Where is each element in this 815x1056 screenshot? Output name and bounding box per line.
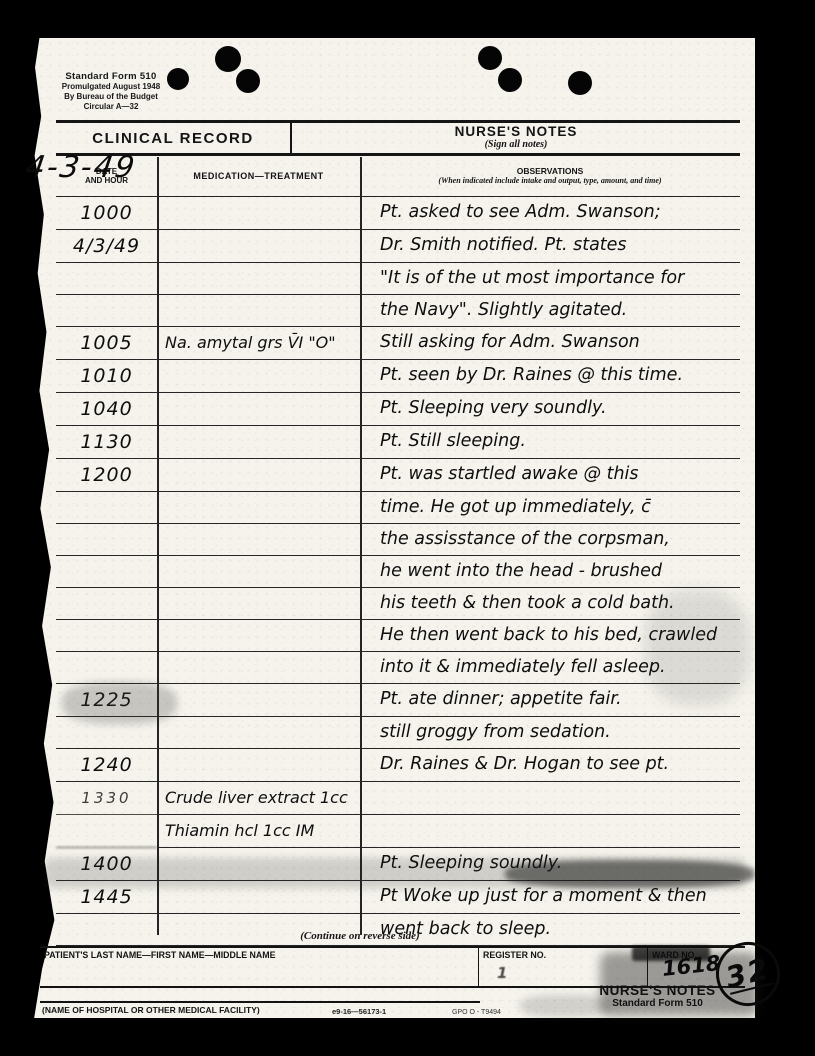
- note-time: 1010: [56, 360, 157, 393]
- note-observation: Dr. Smith notified. Pt. states: [368, 230, 740, 263]
- note-medication: [157, 749, 368, 782]
- note-observation: Pt. ate dinner; appetite fair.: [368, 684, 740, 717]
- note-time: [56, 914, 157, 946]
- note-medication: [157, 263, 368, 295]
- note-time: 4/3/49: [56, 230, 157, 263]
- form-meta-line: By Bureau of the Budget: [52, 92, 170, 102]
- note-medication: [157, 717, 368, 749]
- patient-name-field: PATIENT'S LAST NAME—FIRST NAME—MIDDLE NA…: [40, 948, 478, 986]
- note-observation: Pt. Sleeping very soundly.: [368, 393, 740, 426]
- note-time: [56, 620, 157, 652]
- note-observation: the assisstance of the corpsman,: [368, 524, 740, 556]
- note-time: 1200: [56, 459, 157, 492]
- hole-punch-mark: [236, 69, 260, 93]
- handwritten-margin-date: 4-3-49: [24, 150, 139, 185]
- note-time: [56, 717, 157, 749]
- hole-punch-mark: [167, 68, 189, 90]
- clinical-record-table: CLINICAL RECORD NURSE'S NOTES (Sign all …: [56, 120, 740, 935]
- note-time: [56, 588, 157, 620]
- print-code: e9-16—56173-1: [332, 1007, 386, 1016]
- column-divider: [157, 157, 159, 935]
- note-observation: Pt. Sleeping soundly.: [368, 848, 740, 881]
- hole-punch-mark: [498, 68, 522, 92]
- form-meta-line: Circular A—32: [52, 102, 170, 112]
- note-medication: Thiamin hcl 1cc IM: [157, 815, 368, 848]
- facility-rule-line: [40, 1001, 480, 1003]
- note-time: [56, 492, 157, 524]
- note-observation: still groggy from sedation.: [368, 717, 740, 749]
- form-meta-line: Promulgated August 1948: [52, 82, 170, 92]
- note-observation: "It is of the ut most importance for: [368, 263, 740, 295]
- note-time: 1400: [56, 848, 157, 881]
- note-time: [56, 524, 157, 556]
- note-medication: [157, 426, 368, 459]
- sign-all-notes-label: (Sign all notes): [485, 138, 548, 151]
- note-observation: Pt. asked to see Adm. Swanson;: [368, 197, 740, 230]
- note-observation: time. He got up immediately, c̄: [368, 492, 740, 524]
- hole-punch-mark: [478, 46, 502, 70]
- note-medication: [157, 295, 368, 327]
- form-meta-line: Standard Form 510: [52, 72, 170, 82]
- facility-label: (NAME OF HOSPITAL OR OTHER MEDICAL FACIL…: [42, 1005, 260, 1015]
- column-divider: [360, 157, 362, 935]
- note-medication: [157, 652, 368, 684]
- note-medication: [157, 848, 368, 881]
- note-time: 1005: [56, 327, 157, 360]
- note-medication: [157, 197, 368, 230]
- note-observation: Dr. Raines & Dr. Hogan to see pt.: [368, 749, 740, 782]
- note-medication: [157, 492, 368, 524]
- note-observation: into it & immediately fell asleep.: [368, 652, 740, 684]
- note-observation: Pt. seen by Dr. Raines @ this time.: [368, 360, 740, 393]
- note-medication: [157, 393, 368, 426]
- handwritten-ward-no: 1618: [661, 951, 722, 981]
- note-observation: [368, 815, 740, 848]
- note-observation: his teeth & then took a cold bath.: [368, 588, 740, 620]
- note-medication: Na. amytal grs V̄I "O": [157, 327, 368, 360]
- note-time: 1240: [56, 749, 157, 782]
- note-time: 1130: [56, 426, 157, 459]
- footer-table: PATIENT'S LAST NAME—FIRST NAME—MIDDLE NA…: [40, 946, 745, 988]
- note-time: [56, 815, 157, 848]
- register-no-field: REGISTER NO. 1: [478, 948, 647, 986]
- note-medication: [157, 360, 368, 393]
- note-observation: he went into the head - brushed: [368, 556, 740, 588]
- notes-rows: 1000 Pt. asked to see Adm. Swanson; 4/3/…: [56, 197, 740, 935]
- form-meta-block: Standard Form 510 Promulgated August 194…: [52, 72, 170, 112]
- handwritten-register-no: 1: [497, 964, 513, 982]
- note-medication: [157, 620, 368, 652]
- note-time: 1330: [56, 782, 157, 815]
- note-medication: [157, 684, 368, 717]
- note-time: [56, 263, 157, 295]
- title-row: CLINICAL RECORD NURSE'S NOTES (Sign all …: [56, 120, 740, 156]
- note-medication: [157, 230, 368, 263]
- hole-punch-mark: [568, 71, 592, 95]
- note-time: [56, 556, 157, 588]
- nurses-notes-title: NURSE'S NOTES (Sign all notes): [292, 123, 740, 153]
- clinical-record-title: CLINICAL RECORD: [56, 123, 292, 153]
- note-observation: Pt Woke up just for a moment & then: [368, 881, 740, 914]
- note-medication: [157, 881, 368, 914]
- note-medication: [157, 556, 368, 588]
- column-header-observations: OBSERVATIONS (When indicated include int…: [360, 156, 740, 196]
- note-observation: Still asking for Adm. Swanson: [368, 327, 740, 360]
- note-time: [56, 652, 157, 684]
- note-medication: [157, 459, 368, 492]
- column-header-medication: MEDICATION—TREATMENT: [157, 156, 360, 196]
- note-medication: [157, 588, 368, 620]
- note-medication: [157, 524, 368, 556]
- note-time: 1000: [56, 197, 157, 230]
- note-time: 1445: [56, 881, 157, 914]
- note-time: [56, 295, 157, 327]
- note-time: 1225: [56, 684, 157, 717]
- note-medication: Crude liver extract 1cc: [157, 782, 368, 815]
- hole-punch-mark: [215, 46, 241, 72]
- note-observation: Pt. Still sleeping.: [368, 426, 740, 459]
- note-observation: [368, 782, 740, 815]
- footer-form-number: Standard Form 510: [560, 998, 755, 1009]
- note-observation: Pt. was startled awake @ this: [368, 459, 740, 492]
- note-observation: He then went back to his bed, crawled: [368, 620, 740, 652]
- note-time: 1040: [56, 393, 157, 426]
- scanned-document: Standard Form 510 Promulgated August 194…: [0, 0, 815, 1056]
- continue-note: (Continue on reverse side): [240, 930, 480, 942]
- gpo-code: GPO O - T9494: [452, 1009, 501, 1016]
- nurses-notes-label: NURSE'S NOTES: [455, 125, 578, 138]
- note-observation: the Navy". Slightly agitated.: [368, 295, 740, 327]
